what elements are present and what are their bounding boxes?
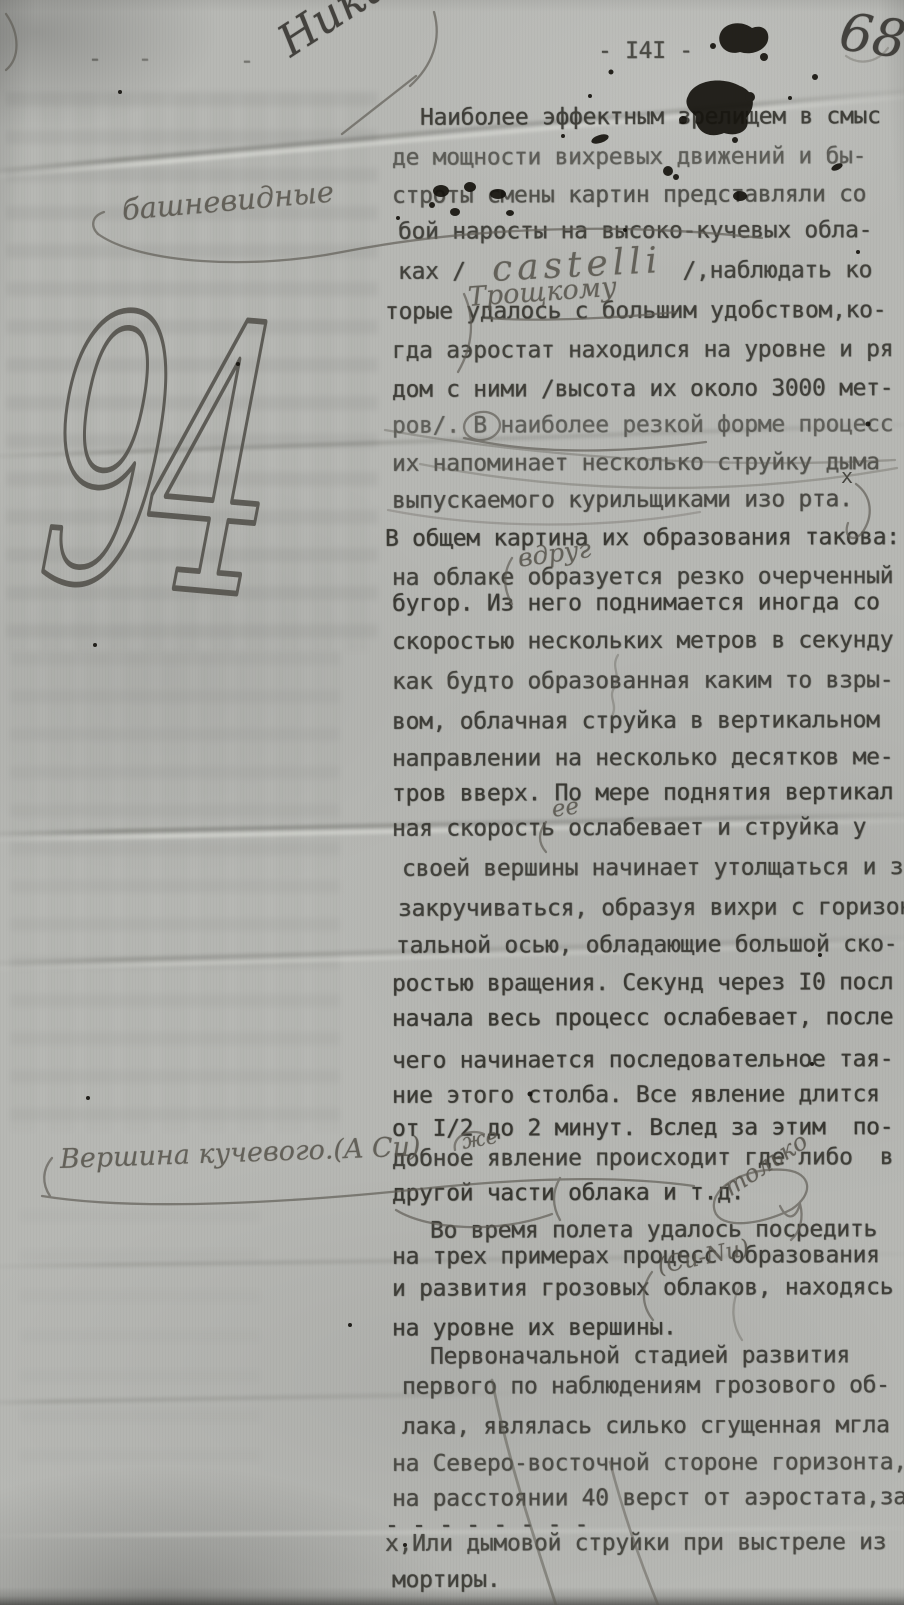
typed-line: Во время полета удалось посредить — [430, 1218, 877, 1243]
typed-line: на расстоянии 40 верст от аэростата,за — [392, 1486, 904, 1511]
typed-line: В общем картина их образования такова: — [385, 526, 900, 551]
typed-line: бугор. Из него поднимается иногда со — [392, 591, 880, 616]
typed-line: начала весь процесс ослабевает, после — [392, 1006, 893, 1031]
stray-dash: - — [240, 50, 254, 73]
typed-line: ров/. В наиболее резкой форме процесс — [392, 413, 893, 438]
typed-line: лака, являлась силько сгущенная мгла — [402, 1414, 890, 1439]
footnote-marker: х — [841, 466, 853, 486]
typed-line: торые удалось с большим удобством,ко- — [385, 299, 886, 324]
bleed-through-text — [20, 1210, 260, 1470]
typed-line: дом с ними /высота их около 3000 мет- — [392, 377, 893, 402]
typed-line: тальной осью, обладающие большой ско- — [396, 933, 897, 958]
typed-line: на Северо-восточной стороне горизонта, — [392, 1451, 904, 1476]
page-number: - I4I - — [598, 40, 693, 63]
footnote-line: х,Или дымовой струйки при выстреле из — [385, 1531, 886, 1556]
typed-line: чего начинается последовательное тая- — [392, 1048, 893, 1073]
typed-line: на уровне их вершины. — [392, 1317, 677, 1341]
stray-dash: - — [138, 48, 152, 71]
sheet-number-pencil: 94 — [28, 238, 280, 683]
typed-line: гда аэростат находился на уровне и ря — [392, 338, 893, 363]
typed-line: другой части облака и т.д. — [392, 1181, 744, 1205]
insert-ee: ее — [550, 795, 580, 822]
typed-line: ние этого столба. Все явление длится — [392, 1083, 880, 1108]
typed-line: направлении на несколько десятков ме- — [392, 746, 893, 771]
typed-line: Наиболее эффектным зрелищем в смыс — [420, 105, 881, 130]
typed-line: ная скорость ослабевает и струйка у — [392, 816, 866, 841]
bleed-through-text — [10, 652, 340, 1132]
stray-dash: - — [88, 48, 102, 71]
typed-line: выпускаемого курильщиками изо рта. — [392, 488, 853, 513]
typed-line: тров вверх. По мере поднятия вертикал — [392, 781, 893, 806]
typed-line: ростью вращения. Секунд через I0 посл — [392, 971, 893, 996]
typed-line: первого по наблюдениям грозового об- — [402, 1374, 890, 1399]
typed-line: скоростью нескольких метров в секунду — [392, 629, 893, 654]
handwriting-corner-number: 68 — [836, 6, 904, 67]
footnote-line: мортиры. — [392, 1569, 500, 1592]
typed-line: закручиваться, образуя вихри с горизон — [398, 896, 904, 921]
margin-note-cumulus-top: Вершина кучевого.(A Cu) — [60, 1133, 421, 1173]
typed-line: и развития грозовых облаков, находясь — [392, 1276, 893, 1301]
typed-line: их напоминает несколько струйку дыма — [392, 451, 880, 476]
sheet-number-pencil-text: 94 — [28, 238, 280, 683]
typed-line: как будто образованная каким то взры- — [392, 669, 893, 694]
margin-note-tower-shaped: башневидные — [121, 178, 335, 225]
document-page: - I4I ----Наиболее эффектным зрелищем в … — [0, 0, 904, 1605]
handwriting-name-top: Никиф — [271, 0, 426, 64]
typed-line: строты смены картин представляли со — [392, 183, 866, 208]
typed-line: вом, облачная струйка в вертикальном — [392, 709, 880, 734]
typed-line: своей вершины начинает утолщаться и з — [402, 856, 903, 881]
typed-line: де мощности вихревых движений и бы- — [392, 145, 866, 170]
typed-line: на облаке образуется резко очерченный — [392, 565, 893, 590]
typed-line: Первоначальной стадией развития — [430, 1344, 850, 1368]
typed-line: на трех примерах процесс образования — [392, 1244, 880, 1269]
typed-line: бой наросты на высоко-кучевых обла- — [398, 219, 872, 244]
